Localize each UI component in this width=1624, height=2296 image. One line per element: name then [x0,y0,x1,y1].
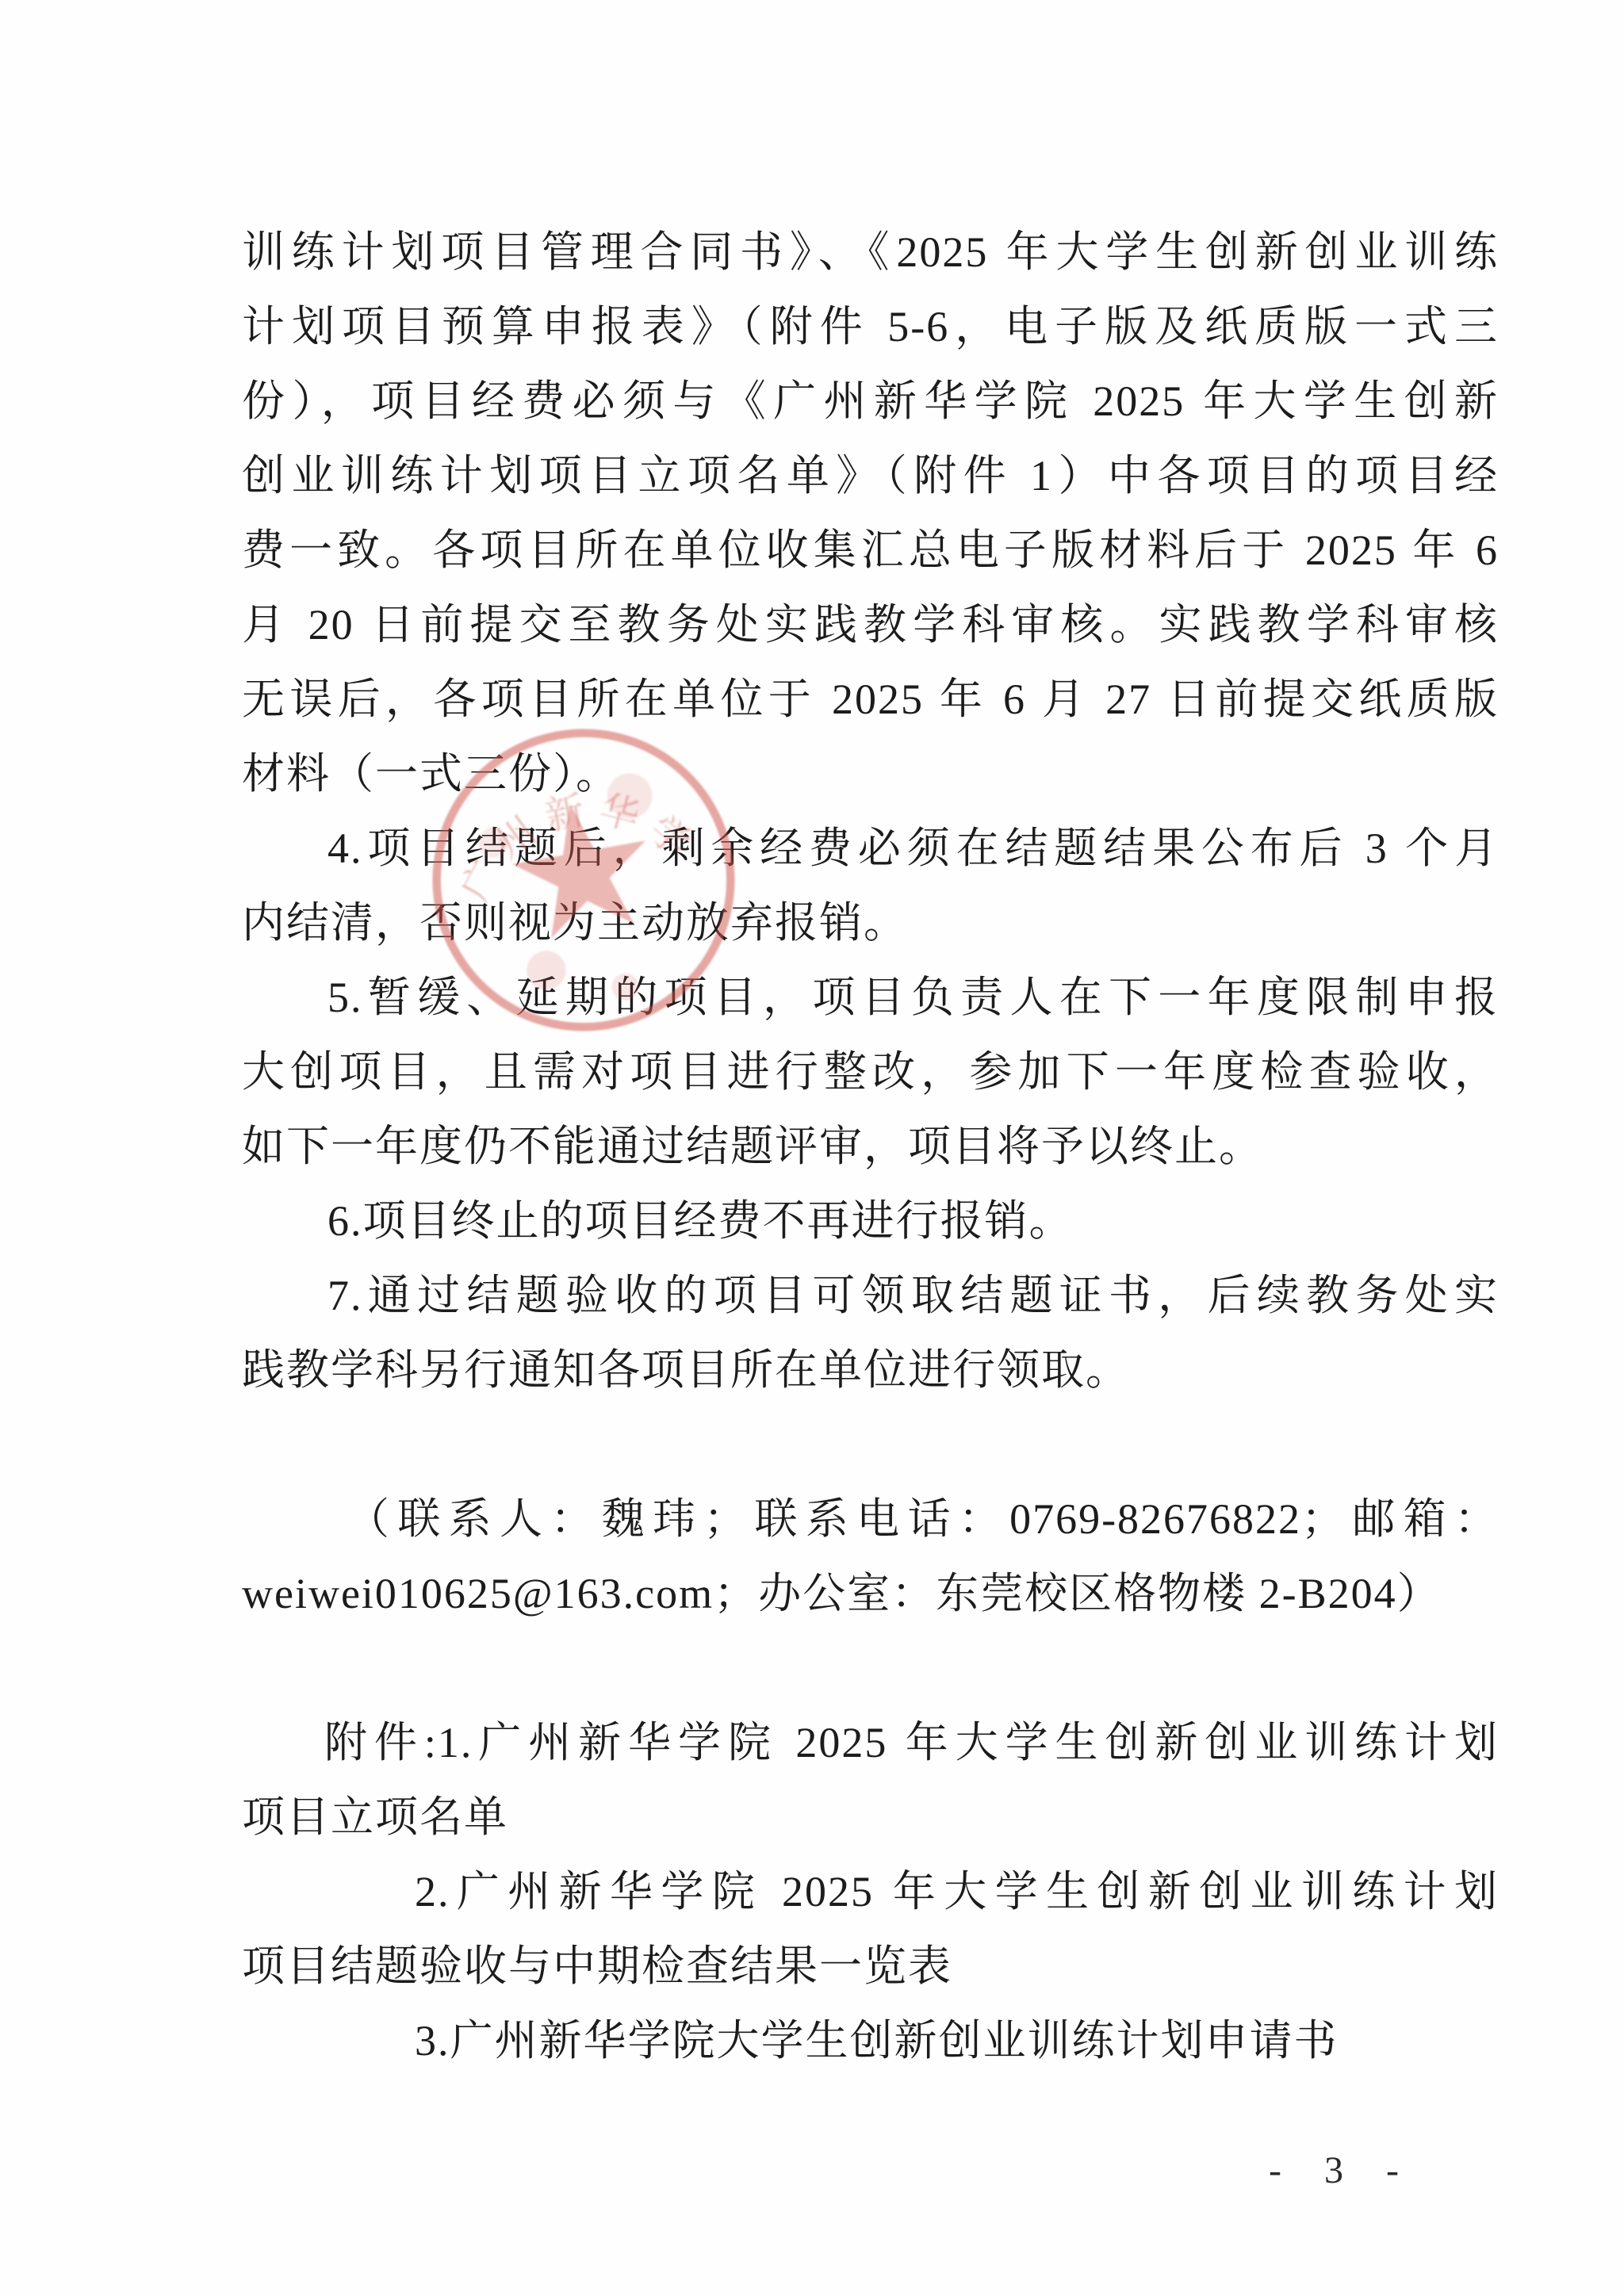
blank-line [242,1407,1499,1482]
text-line: 无误后，各项目所在单位于 2025 年 6 月 27 日前提交纸质版 [242,662,1499,737]
attachment-line-2: 2.广州新华学院 2025 年大学生创新创业训练计划 [242,1854,1499,1929]
attachment-line: 项目结题验收与中期检查结果一览表 [242,1929,1499,2003]
text-line: 践教学科另行通知各项目所在单位进行领取。 [242,1333,1499,1407]
text-line: 份），项目经费必须与《广州新华学院 2025 年大学生创新 [242,364,1499,438]
text-line-item-5: 5.暂缓、延期的项目，项目负责人在下一年度限制申报 [242,960,1499,1035]
text-line: 创业训练计划项目立项名单》（附件 1）中各项目的项目经 [242,438,1499,513]
text-line: 材料（一式三份）。 [242,737,1499,811]
document-page: 训练计划项目管理合同书》、《2025 年大学生创新创业训练 计划项目预算申报表》… [0,0,1624,2296]
text-line: 训练计划项目管理合同书》、《2025 年大学生创新创业训练 [242,215,1499,289]
text-line: 大创项目，且需对项目进行整改，参加下一年度检查验收， [242,1035,1499,1109]
text-line-item-7: 7.通过结题验收的项目可领取结题证书，后续教务处实 [242,1258,1499,1333]
attachment-line-1: 附件:1.广州新华学院 2025 年大学生创新创业训练计划 [242,1705,1499,1780]
text-line-item-4: 4.项目结题后，剩余经费必须在结题结果公布后 3 个月 [242,811,1499,886]
attachment-line: 项目立项名单 [242,1780,1499,1854]
text-line: 内结清，否则视为主动放弃报销。 [242,886,1499,960]
contact-info-line: （联系人：魏玮；联系电话：0769-82676822；邮箱： [242,1482,1499,1556]
page-number: - 3 - [1269,2149,1405,2192]
text-line: 计划项目预算申报表》（附件 5-6，电子版及纸质版一式三 [242,289,1499,364]
attachment-line-3: 3.广州新华学院大学生创新创业训练计划申请书 [242,2003,1499,2078]
contact-info-line: weiwei010625@163.com；办公室：东莞校区格物楼 2-B204） [242,1556,1499,1631]
text-line: 月 20 日前提交至教务处实践教学科审核。实践教学科审核 [242,587,1499,662]
text-line-item-6: 6.项目终止的项目经费不再进行报销。 [242,1184,1499,1258]
document-body: 训练计划项目管理合同书》、《2025 年大学生创新创业训练 计划项目预算申报表》… [242,215,1499,2078]
text-line: 费一致。各项目所在单位收集汇总电子版材料后于 2025 年 6 [242,513,1499,587]
text-line: 如下一年度仍不能通过结题评审，项目将予以终止。 [242,1109,1499,1184]
blank-line [242,1631,1499,1705]
